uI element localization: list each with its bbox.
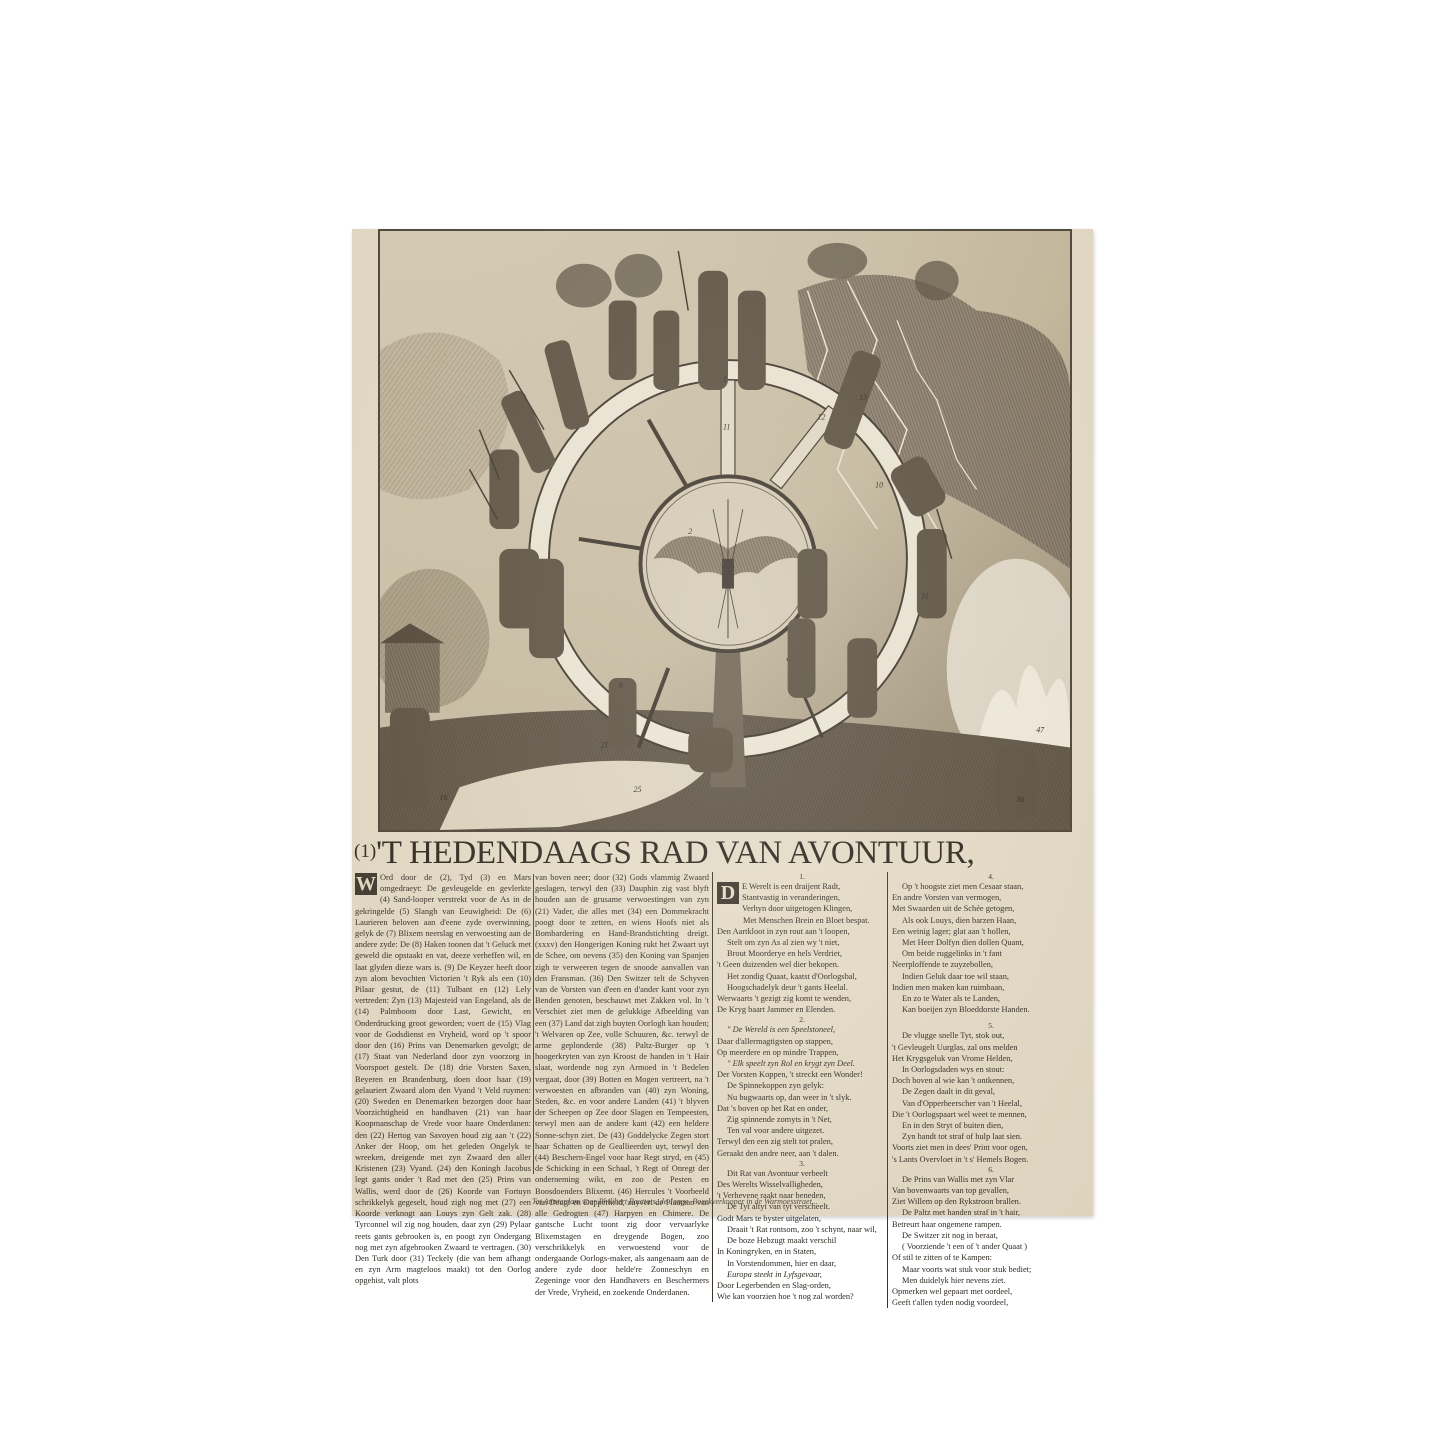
verse-line: Op meerdere en op mindre Trappen,	[717, 1047, 887, 1058]
verse-line: De boze Hebzugt maakt verschil	[717, 1235, 887, 1246]
verse-line: Op 't hoogste ziet men Cesaar staan,	[892, 881, 1090, 892]
verse-line: 't Geen duizenden wel dier bekopen.	[717, 959, 887, 970]
verse-line: De Prins van Wallis met zyn Vlar	[892, 1174, 1090, 1185]
title-number: (1)	[354, 841, 376, 862]
title-text: 'T HEDENDAAGS RAD VAN AVONTUUR,	[376, 835, 974, 871]
verse-line: In Oorlogsdaden wys en stout:	[892, 1064, 1090, 1075]
verse-line: Voorts ziet men in dees' Print voor ogen…	[892, 1142, 1090, 1153]
wheel-of-fortune-illustration: 1 2 9 16 47 10 31 11 12 13 25 21 36	[380, 231, 1070, 830]
verse-line: Den Aartkloot in zyn rout aan 't loopen,	[717, 926, 887, 937]
svg-text:21: 21	[601, 741, 609, 750]
verse-line: In Koningryken, en in Staten,	[717, 1246, 887, 1257]
verse-line: Der Vorsten Koppen, 't streckt een Wonde…	[717, 1069, 887, 1080]
verse-line: Maar voorts wat stuk voor stuk bediet;	[892, 1264, 1090, 1275]
verse-number: 2.	[717, 1015, 887, 1024]
verse-line: Kan boeijen zyn Bloeddorste Handen.	[892, 1004, 1090, 1015]
svg-text:2: 2	[688, 527, 692, 536]
verse-line: Indien men maken kan ruimbaan,	[892, 982, 1090, 993]
verse-line: Stelt om zyn As al zien wy 't niet,	[717, 937, 887, 948]
verse-line: De vlugge snelle Tyt, stok out,	[892, 1030, 1090, 1041]
engraving-plate: 1 2 9 16 47 10 31 11 12 13 25 21 36	[378, 229, 1072, 832]
svg-text:47: 47	[1036, 726, 1045, 735]
verse-line: De Zegen daalt in dit geval,	[892, 1086, 1090, 1097]
text-columns: WOrd door de (2), Tyd (3) en Mars omgedr…	[355, 872, 1090, 1207]
svg-text:16: 16	[440, 793, 448, 802]
verse-number: 4.	[892, 872, 1090, 881]
verse-line: De Spinnekoppen zyn gelyk:	[717, 1080, 887, 1091]
verse-column-right: 4. Op 't hoogste ziet men Cesaar staan, …	[887, 872, 1090, 1308]
verse-line: Die 't Oorlogspaart wel weet te mennen,	[892, 1109, 1090, 1120]
svg-text:25: 25	[634, 785, 642, 794]
verse-number: 3.	[717, 1159, 887, 1168]
svg-text:31: 31	[920, 592, 929, 601]
verse-number: 6.	[892, 1165, 1090, 1174]
verse-4: 4. Op 't hoogste ziet men Cesaar staan, …	[892, 872, 1090, 1015]
verse-line: Hoogschadelyk deur 't gants Heelal.	[717, 982, 887, 993]
verse-line: Zig spinnende zomyts in 't Net,	[717, 1114, 887, 1125]
svg-text:1: 1	[723, 375, 727, 384]
verse-line: Een weinig lager; glat aan 't hollen,	[892, 926, 1090, 937]
verse-line: De Kryg baart Jammer en Elenden.	[717, 1004, 887, 1015]
printer-imprint: Tot Amsterdam voor Philibert Bouttats, d…	[532, 1197, 818, 1206]
verse-line: Daar d'allermagtigsten op stappen,	[717, 1036, 887, 1047]
prose-text-2: van boven neer; door (32) Gods vlammig Z…	[535, 872, 709, 1298]
verse-3: 3. Dit Rat van Avontuur verbeelt Des Wer…	[717, 1159, 887, 1302]
verse-line: Dat 's boven op het Rat en onder,	[717, 1103, 887, 1114]
svg-text:10: 10	[875, 480, 883, 489]
verse-line: " De Wereld is een Speelstoneel,	[717, 1024, 887, 1035]
prose-column-2: van boven neer; door (32) Gods vlammig Z…	[535, 872, 709, 1298]
verse-6: 6. De Prins van Wallis met zyn Vlar Van …	[892, 1165, 1090, 1308]
verse-line: Godt Mars te byster uitgelaten,	[717, 1213, 887, 1224]
verse-2: 2. " De Wereld is een Speelstoneel, Daar…	[717, 1015, 887, 1158]
print-sheet: 1 2 9 16 47 10 31 11 12 13 25 21 36 (1)'…	[352, 229, 1093, 1216]
verse-line: Stantvastig in veranderingen,	[717, 892, 887, 903]
verse-line: Met Swaarden uit de Schée getogen,	[892, 903, 1090, 914]
verse-line: Geeft t'allen tyden nodig voordeel,	[892, 1297, 1090, 1308]
verse-line: Betreurt haar ongemene rampen.	[892, 1219, 1090, 1230]
verse-line: De Switzer zit nog in beraat,	[892, 1230, 1090, 1241]
verse-line: Doch boven al wie kan 't ontkennen,	[892, 1075, 1090, 1086]
verse-line: Indien Geluk daar toe wil staan,	[892, 971, 1090, 982]
verse-line: Van d'Opperheerscher van 't Heelal,	[892, 1098, 1090, 1109]
verse-line: Door Legerbenden en Slag-orden,	[717, 1280, 887, 1291]
verse-line: Nu bugwaarts op, dan weer in 't slyk.	[717, 1092, 887, 1103]
verse-line: Draait 't Rat rontsom, zoo 't schynt, na…	[717, 1224, 887, 1235]
verse-line: Opmerken wel gepaart met oordeel,	[892, 1286, 1090, 1297]
verse-line: Verhyn door uitgetogen Klingen,	[717, 903, 887, 914]
verse-line: Des Werelts Wisselvalligheden,	[717, 1179, 887, 1190]
verse-line: E Werelt is een draijent Radt,	[742, 882, 840, 891]
verse-line: Ten val voor andere uitgezet.	[717, 1125, 887, 1136]
verse-line: Om beide ruggelinks in 't fant	[892, 948, 1090, 959]
svg-text:36: 36	[1015, 795, 1024, 804]
svg-text:13: 13	[859, 393, 867, 402]
verse-line: Neerploffende te zuyzebollen,	[892, 959, 1090, 970]
verse-line: En in den Stryt of buiten dien,	[892, 1120, 1090, 1131]
verse-line: Geraakt den andre neer, aan 't dalen.	[717, 1148, 887, 1159]
verse-line: " Elk speelt zyn Rol en krygt zyn Deel.	[717, 1058, 887, 1069]
verse-line: Ziet Willem op den Rykstroon brallen.	[892, 1196, 1090, 1207]
svg-text:12: 12	[817, 413, 825, 422]
verse-line: Europa steekt in Lyfsgevaar,	[717, 1269, 887, 1280]
verse-line: Het zondig Quaat, kaatst d'Oorlogsbal,	[717, 971, 887, 982]
verse-line: Met Heer Dolfyn dien dollen Quant,	[892, 937, 1090, 948]
verse-line: Brout Moorderye en hels Verdriet,	[717, 948, 887, 959]
verse-line: Terwyl den een zig stelt tot pralen,	[717, 1136, 887, 1147]
verse-1: 1. DE Werelt is een draijent Radt, Stant…	[717, 872, 887, 1015]
verse-line: Met Menschen Brein en Bloet bespat.	[717, 915, 887, 926]
verse-line: In Vorstendommen, hier en daar,	[717, 1258, 887, 1269]
verse-line: Wie kan voorzien hoe 't nog zal worden?	[717, 1291, 887, 1302]
verse-line: De Paltz met handen straf in 't hair,	[892, 1207, 1090, 1218]
verse-line: 't Gevleugelt Uurglas, zal ons melden	[892, 1042, 1090, 1053]
verse-line: Van bovenwaarts van top gevallen,	[892, 1185, 1090, 1196]
verse-column-left: 1. DE Werelt is een draijent Radt, Stant…	[712, 872, 887, 1302]
verse-line: Werwaarts 't gezigt zig komt te wenden,	[717, 993, 887, 1004]
svg-text:11: 11	[723, 423, 730, 432]
dropcap-d: D	[717, 882, 739, 904]
verse-number: 5.	[892, 1021, 1090, 1030]
prose-column-1: WOrd door de (2), Tyd (3) en Mars omgedr…	[355, 872, 531, 1287]
verse-line: Men duidelyk hier nevens ziet.	[892, 1275, 1090, 1286]
prose-text-1: Ord door de (2), Tyd (3) en Mars omgedra…	[355, 873, 531, 1285]
svg-text:9: 9	[619, 681, 623, 690]
verse-5: 5. De vlugge snelle Tyt, stok out, 't Ge…	[892, 1021, 1090, 1164]
verse-line: Of stil te zitten of te Kampen:	[892, 1252, 1090, 1263]
column-divider	[533, 874, 534, 1174]
verse-line: Zyn handt tot straf of hulp laat sien.	[892, 1131, 1090, 1142]
verse-line: En zo te Water als te Landen,	[892, 993, 1090, 1004]
verse-line: Het Krygsgeluk van Vrome Helden,	[892, 1053, 1090, 1064]
verse-line: Als ook Louys, dien barzen Haan,	[892, 915, 1090, 926]
verse-line: ( Voorziende 't een of 't ander Quaat )	[892, 1241, 1090, 1252]
verse-line: En andre Vorsten van vermogen,	[892, 892, 1090, 903]
print-title: (1)'T HEDENDAAGS RAD VAN AVONTUUR,	[352, 832, 1093, 872]
verse-number: 1.	[717, 872, 887, 881]
dropcap-w: W	[355, 873, 377, 895]
verse-line: 's Lants Overvloet in 't s' Hemels Bogen…	[892, 1154, 1090, 1165]
verse-line: Dit Rat van Avontuur verbeelt	[717, 1168, 887, 1179]
